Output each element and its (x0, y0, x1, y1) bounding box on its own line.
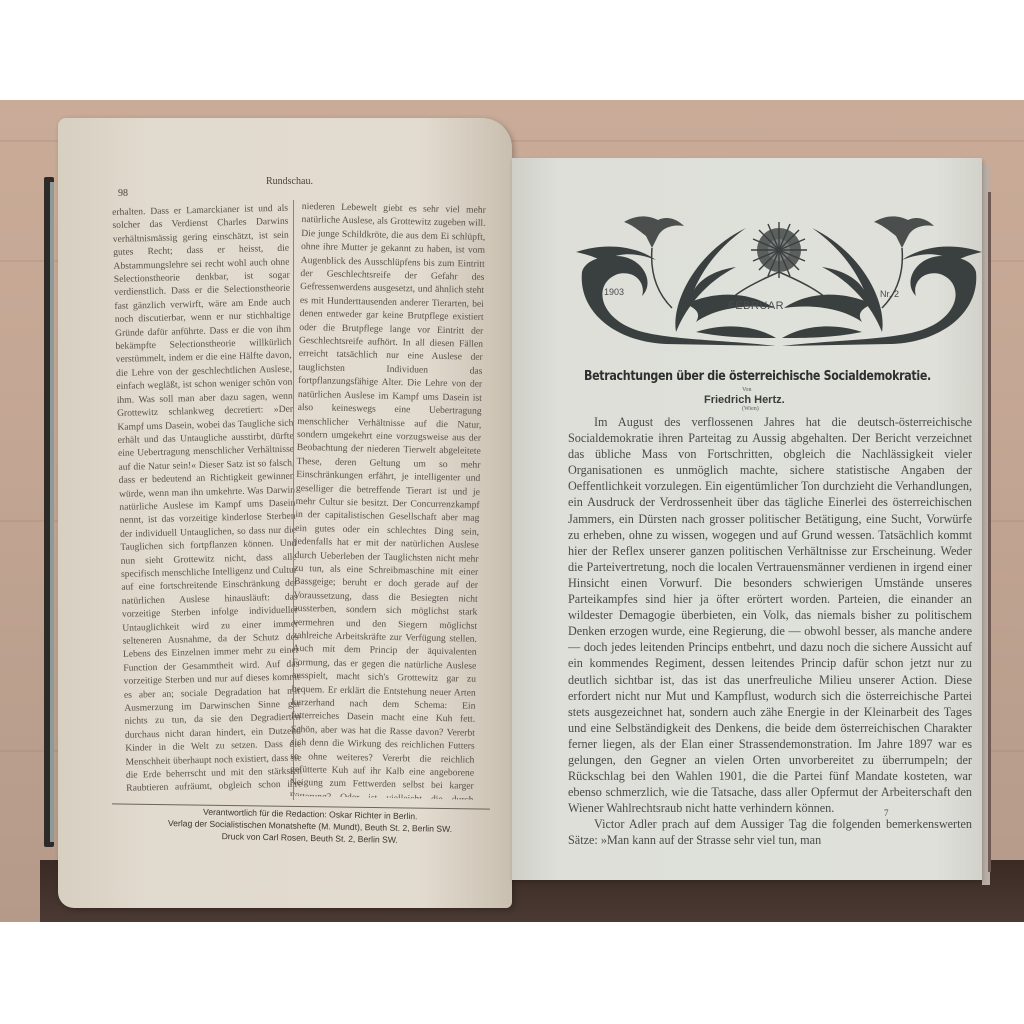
masthead-year: 1903 (604, 287, 624, 297)
author-city: (Wien) (742, 406, 759, 412)
article-author: Friedrich Hertz. (704, 394, 785, 406)
book-cover-right-edge (988, 192, 991, 872)
article-body: Im August des verflossenen Jahres hat di… (568, 414, 972, 849)
byline-von: Von (742, 387, 752, 393)
article-paragraph: Im August des verflossenen Jahres hat di… (568, 414, 972, 816)
column-2-text: niederen Lebewelt giebt es sehr viel meh… (290, 201, 486, 800)
page-number-right: 7 (884, 808, 889, 818)
masthead-issue: Nr. 2 (880, 289, 899, 299)
running-head: Rundschau. (266, 176, 313, 187)
article-paragraph: Victor Adler prach auf dem Aussiger Tag … (568, 816, 972, 848)
page-number-left: 98 (118, 188, 128, 199)
left-page-column-1: erhalten. Dass er Lamarckianer ist und a… (112, 202, 302, 798)
left-page-column-2: niederen Lebewelt giebt es sehr viel meh… (290, 200, 486, 800)
masthead-month: FEBRUAR (728, 300, 784, 312)
book-cover-teal-edge (50, 182, 54, 842)
art-nouveau-flower-ornament-icon (576, 212, 982, 357)
article-title: Betrachtungen über die österreichische S… (584, 368, 901, 384)
